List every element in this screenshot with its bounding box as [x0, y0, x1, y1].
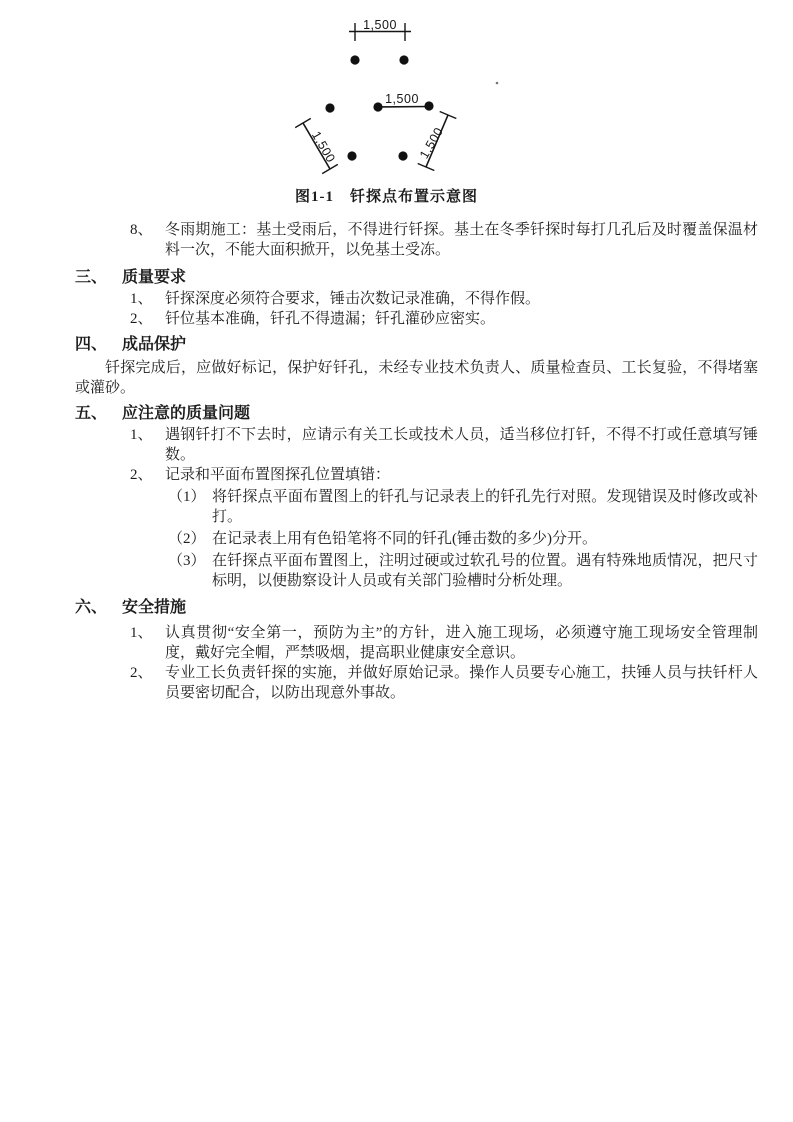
list-item: 2、 记录和平面布置图探孔位置填错：	[75, 465, 758, 485]
dimension-label-left: 1,500	[309, 129, 338, 165]
probe-point-dot	[399, 55, 408, 64]
section-number: 五、	[75, 403, 122, 425]
list-item-number: 1、	[130, 623, 165, 663]
sub-item-number: （3）	[168, 551, 212, 591]
list-item-text: 认真贯彻“安全第一，预防为主”的方针，进入施工现场，必须遵守施工现场安全管理制度…	[165, 623, 758, 663]
section-title: 成品保护	[122, 334, 186, 356]
list-item-number: 2、	[130, 309, 165, 329]
section-heading-quality-requirements: 三、 质量要求	[75, 267, 758, 289]
sub-item-number: （2）	[168, 529, 212, 549]
sub-item-text: 在钎探点平面布置图上，注明过硬或过软孔号的位置。遇有特殊地质情况，把尺寸标明，以…	[212, 551, 758, 591]
figure-caption: 图1-1 钎探点布置示意图	[0, 186, 793, 208]
dimension-right-diagonal: 1,500	[417, 112, 456, 171]
section-heading-product-protection: 四、 成品保护	[75, 334, 758, 356]
sub-list-item: （1） 将钎探点平面布置图上的钎孔与记录表上的钎孔先行对照。发现错误及时修改或补…	[75, 487, 758, 527]
list-item-number: 1、	[130, 425, 165, 465]
list-item-number: 2、	[130, 465, 165, 485]
sub-item-text: 在记录表上用有色铅笔将不同的钎孔(锤击数的多少)分开。	[212, 529, 758, 549]
dimension-middle: 1,500	[378, 92, 429, 107]
list-item: 2、 钎位基本准确，钎孔不得遗漏；钎孔灌砂应密实。	[75, 309, 758, 329]
probe-point-layout-figure: 1,500 1,500 1,500 1,500	[0, 0, 793, 178]
probe-point-dot	[325, 103, 334, 112]
list-item-text: 冬雨期施工：基土受雨后，不得进行钎探。基土在冬季钎探时每打几孔后及时覆盖保温材料…	[165, 220, 758, 260]
dimension-label-top: 1,500	[363, 18, 397, 32]
list-item-text: 遇钢钎打不下去时，应请示有关工长或技术人员，适当移位打钎，不得不打或任意填写锤数…	[165, 425, 758, 465]
section-paragraph: 钎探完成后，应做好标记，保护好钎孔，未经专业技术负责人、质量检查员、工长复验，不…	[75, 358, 758, 398]
list-item-8: 8、 冬雨期施工：基土受雨后，不得进行钎探。基土在冬季钎探时每打几孔后及时覆盖保…	[75, 220, 758, 260]
document-page: 1,500 1,500 1,500 1,500	[0, 0, 793, 1122]
section-title: 质量要求	[122, 267, 186, 289]
sub-item-number: （1）	[168, 487, 212, 527]
dimension-top: 1,500	[349, 18, 411, 41]
dimension-label-right: 1,500	[417, 125, 446, 161]
dimension-left-diagonal: 1,500	[295, 118, 338, 173]
section-heading-safety-measures: 六、 安全措施	[75, 597, 758, 619]
probe-point-dot	[398, 151, 407, 160]
probe-layout-diagram: 1,500 1,500 1,500 1,500	[290, 10, 530, 180]
list-item-text: 专业工长负责钎探的实施，并做好原始记录。操作人员要专心施工，扶锤人员与扶钎杆人员…	[165, 663, 758, 703]
stray-mark	[496, 82, 499, 85]
section-number: 四、	[75, 334, 122, 356]
list-item-text: 记录和平面布置图探孔位置填错：	[165, 465, 758, 485]
section-title: 应注意的质量问题	[122, 403, 250, 425]
list-item: 1、 遇钢钎打不下去时，应请示有关工长或技术人员，适当移位打钎，不得不打或任意填…	[75, 425, 758, 465]
list-item-number: 1、	[130, 289, 165, 309]
list-item: 2、 专业工长负责钎探的实施，并做好原始记录。操作人员要专心施工，扶锤人员与扶钎…	[75, 663, 758, 703]
section-title: 安全措施	[122, 597, 186, 619]
probe-point-dot	[373, 102, 382, 111]
sub-item-text: 将钎探点平面布置图上的钎孔与记录表上的钎孔先行对照。发现错误及时修改或补打。	[212, 487, 758, 527]
probe-point-dot	[424, 101, 433, 110]
section-number: 三、	[75, 267, 122, 289]
list-item-text: 钎位基本准确，钎孔不得遗漏；钎孔灌砂应密实。	[165, 309, 758, 329]
sub-list-item: （3） 在钎探点平面布置图上，注明过硬或过软孔号的位置。遇有特殊地质情况，把尺寸…	[75, 551, 758, 591]
section-heading-quality-issues: 五、 应注意的质量问题	[75, 403, 758, 425]
list-item-number: 8、	[130, 220, 165, 260]
probe-point-dot	[347, 151, 356, 160]
dimension-label-middle: 1,500	[385, 92, 419, 106]
probe-point-dot	[350, 55, 359, 64]
section-number: 六、	[75, 597, 122, 619]
list-item-number: 2、	[130, 663, 165, 703]
list-item-text: 钎探深度必须符合要求，锤击次数记录准确，不得作假。	[165, 289, 758, 309]
list-item: 1、 钎探深度必须符合要求，锤击次数记录准确，不得作假。	[75, 289, 758, 309]
list-item: 1、 认真贯彻“安全第一，预防为主”的方针，进入施工现场，必须遵守施工现场安全管…	[75, 623, 758, 663]
document-body: 8、 冬雨期施工：基土受雨后，不得进行钎探。基土在冬季钎探时每打几孔后及时覆盖保…	[75, 220, 758, 703]
sub-list-item: （2） 在记录表上用有色铅笔将不同的钎孔(锤击数的多少)分开。	[75, 529, 758, 549]
